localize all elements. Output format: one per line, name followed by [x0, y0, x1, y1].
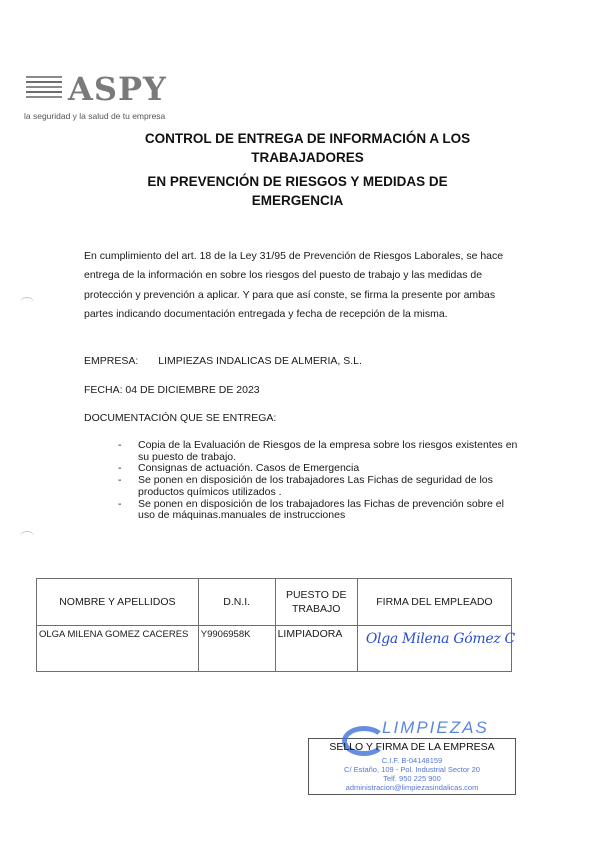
- header-firma: FIRMA DEL EMPLEADO: [357, 579, 511, 626]
- employee-table: NOMBRE Y APELLIDOS D.N.I. PUESTO DE TRAB…: [36, 578, 512, 672]
- stamp-label: SELLO Y FIRMA DE LA EMPRESA: [309, 741, 515, 753]
- fecha-line: FECHA: 04 DE DICIEMBRE DE 2023: [84, 384, 260, 396]
- empresa-label: EMPRESA:: [84, 355, 138, 367]
- logo-tagline: la seguridad y la salud de tu empresa: [24, 111, 165, 121]
- header-puesto: PUESTO DE TRABAJO: [275, 579, 357, 626]
- cell-nombre: OLGA MILENA GOMEZ CACERES: [37, 626, 199, 672]
- subtitle-line-1: EN PREVENCIÓN DE RIESGOS Y MEDIDAS DE: [0, 172, 595, 191]
- documentacion-list: Copia de la Evaluación de Riesgos de la …: [118, 440, 518, 522]
- stamp-info: C.I.F. B-04148159 C/ Estaño, 109 - Pol. …: [309, 756, 515, 792]
- employee-signature: Olga Milena Gómez C: [366, 631, 515, 647]
- header-dni: D.N.I.: [198, 579, 275, 626]
- table-header-row: NOMBRE Y APELLIDOS D.N.I. PUESTO DE TRAB…: [37, 579, 512, 626]
- empresa-value: LIMPIEZAS INDALICAS DE ALMERIA, S.L.: [158, 355, 362, 367]
- cell-dni: Y9906958K: [198, 626, 275, 672]
- list-item: Se ponen en disposición de los trabajado…: [118, 475, 518, 498]
- punch-hole-mark: [20, 297, 34, 308]
- cell-puesto: LIMPIADORA: [275, 626, 357, 672]
- stamp-email: administracion@limpiezasindalicas.com: [309, 783, 515, 792]
- logo-brand: ASPY: [68, 70, 167, 108]
- company-stamp-box: SELLO Y FIRMA DE LA EMPRESA C.I.F. B-041…: [308, 738, 516, 795]
- table-row: OLGA MILENA GOMEZ CACERES Y9906958K LIMP…: [37, 626, 512, 672]
- title-line-1b: TRABAJADORES: [20, 148, 595, 167]
- list-item: Copia de la Evaluación de Riesgos de la …: [118, 440, 518, 463]
- stamp-phone: Telf. 950 225 900: [309, 774, 515, 783]
- title-line-1: CONTROL DE ENTREGA DE INFORMACIÓN A LOS: [20, 129, 595, 148]
- stamp-brand: LIMPIEZAS: [382, 718, 489, 738]
- cell-firma: Olga Milena Gómez C: [357, 626, 511, 672]
- subtitle-line-2: EMERGENCIA: [0, 191, 595, 210]
- punch-hole-mark: [20, 531, 34, 542]
- list-item: Se ponen en disposición de los trabajado…: [118, 499, 518, 522]
- stamp-cif: C.I.F. B-04148159: [309, 756, 515, 765]
- intro-paragraph: En cumplimiento del art. 18 de la Ley 31…: [84, 247, 514, 324]
- empresa-line: EMPRESA:LIMPIEZAS INDALICAS DE ALMERIA, …: [84, 355, 362, 367]
- header-nombre: NOMBRE Y APELLIDOS: [37, 579, 199, 626]
- document-subtitle: EN PREVENCIÓN DE RIESGOS Y MEDIDAS DE EM…: [0, 172, 595, 210]
- stamp-address: C/ Estaño, 109 - Pol. Industrial Sector …: [309, 765, 515, 774]
- document-title: CONTROL DE ENTREGA DE INFORMACIÓN A LOS …: [0, 129, 595, 167]
- documentacion-heading: DOCUMENTACIÓN QUE SE ENTREGA:: [84, 412, 276, 424]
- stacked-lines-icon: [26, 76, 62, 104]
